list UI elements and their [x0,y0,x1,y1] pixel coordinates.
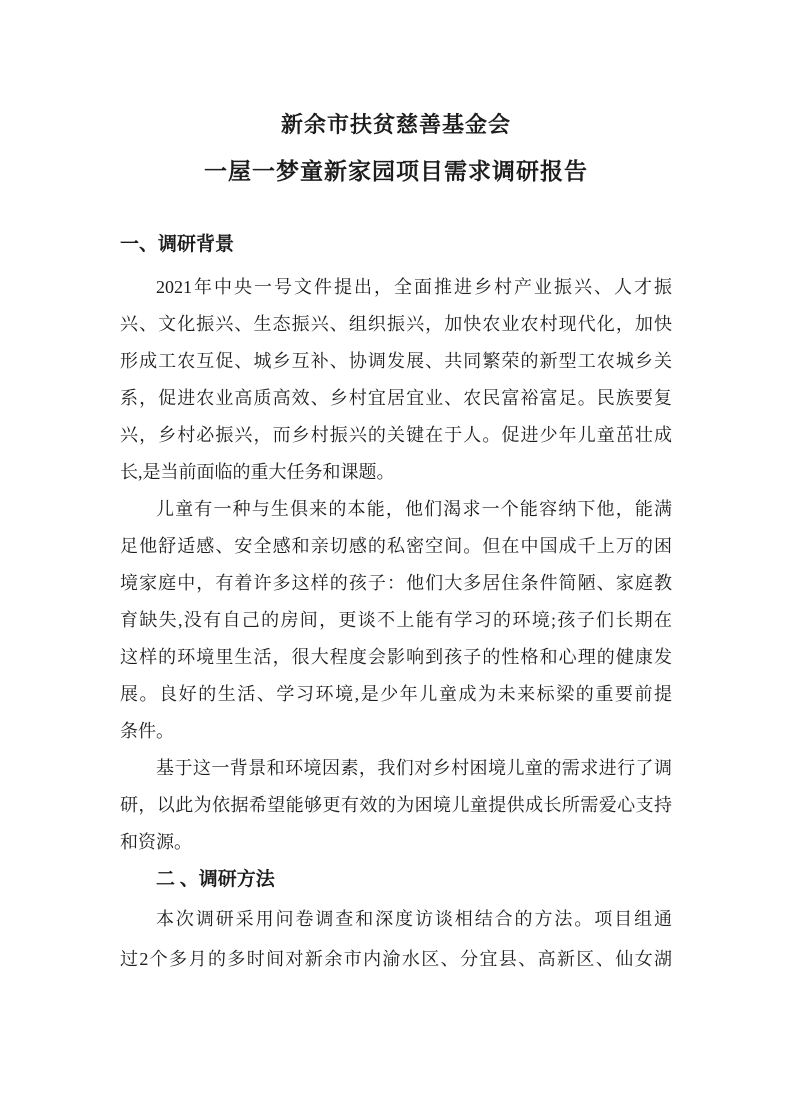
text-line: 境家庭中，有着许多这样的孩子：他们大多居住条件简陋、家庭教 [120,565,672,602]
text-line: 基于这一背景和环境因素，我们对乡村困境儿童的需求进行了调 [120,750,672,787]
section-research-background: 一、调研背景 2021年中央一号文件提出，全面推进乡村产业振兴、人才振 兴、文化… [120,226,672,861]
text-line: 和资源。 [120,824,672,861]
text-line: 兴，乡村必振兴，而乡村振兴的关键在于人。促进少年儿童茁壮成 [120,417,672,454]
document-page: 新余市扶贫慈善基金会 一屋一梦童新家园项目需求调研报告 一、调研背景 2021年… [0,0,792,1114]
text-line: 本次调研采用问卷调查和深度访谈相结合的方法。项目组通 [120,899,672,939]
text-line: 形成工农互促、城乡互补、协调发展、共同繁荣的新型工农城乡关 [120,343,672,380]
text-line: 兴、文化振兴、生态振兴、组织振兴，加快农业农村现代化，加快 [120,306,672,343]
text-line: 条件。 [120,713,672,750]
section-heading-2: 二 、调研方法 [120,861,672,899]
paragraph: 基于这一背景和环境因素，我们对乡村困境儿童的需求进行了调 研，以此为依据希望能够… [120,750,672,861]
text-line: 育缺失,没有自己的房间，更谈不上能有学习的环境;孩子们长期在 [120,602,672,639]
document-subtitle: 一屋一梦童新家园项目需求调研报告 [120,156,672,188]
text-line: 系，促进农业高质高效、乡村宜居宜业、农民富裕富足。民族要复 [120,380,672,417]
paragraph: 本次调研采用问卷调查和深度访谈相结合的方法。项目组通 过2个多月的多时间对新余市… [120,899,672,979]
text-line: 长,是当前面临的重大任务和课题。 [120,454,672,491]
paragraph: 2021年中央一号文件提出，全面推进乡村产业振兴、人才振 兴、文化振兴、生态振兴… [120,269,672,491]
section-heading-1: 一、调研背景 [120,226,672,264]
text-line: 研，以此为依据希望能够更有效的为困境儿童提供成长所需爱心支持 [120,787,672,824]
text-line: 儿童有一种与生俱来的本能，他们渴求一个能容纳下他，能满 [120,491,672,528]
text-line: 2021年中央一号文件提出，全面推进乡村产业振兴、人才振 [120,269,672,306]
text-line: 足他舒适感、安全感和亲切感的私密空间。但在中国成千上万的困 [120,528,672,565]
document-title: 新余市扶贫慈善基金会 [120,110,672,140]
paragraph: 儿童有一种与生俱来的本能，他们渴求一个能容纳下他，能满 足他舒适感、安全感和亲切… [120,491,672,750]
section-research-method: 二 、调研方法 本次调研采用问卷调查和深度访谈相结合的方法。项目组通 过2个多月… [120,861,672,979]
text-line: 过2个多月的多时间对新余市内渝水区、分宜县、高新区、仙女湖 [120,939,672,979]
text-line: 这样的环境里生活，很大程度会影响到孩子的性格和心理的健康发 [120,639,672,676]
text-line: 展。良好的生活、学习环境,是少年儿童成为未来标梁的重要前提 [120,676,672,713]
